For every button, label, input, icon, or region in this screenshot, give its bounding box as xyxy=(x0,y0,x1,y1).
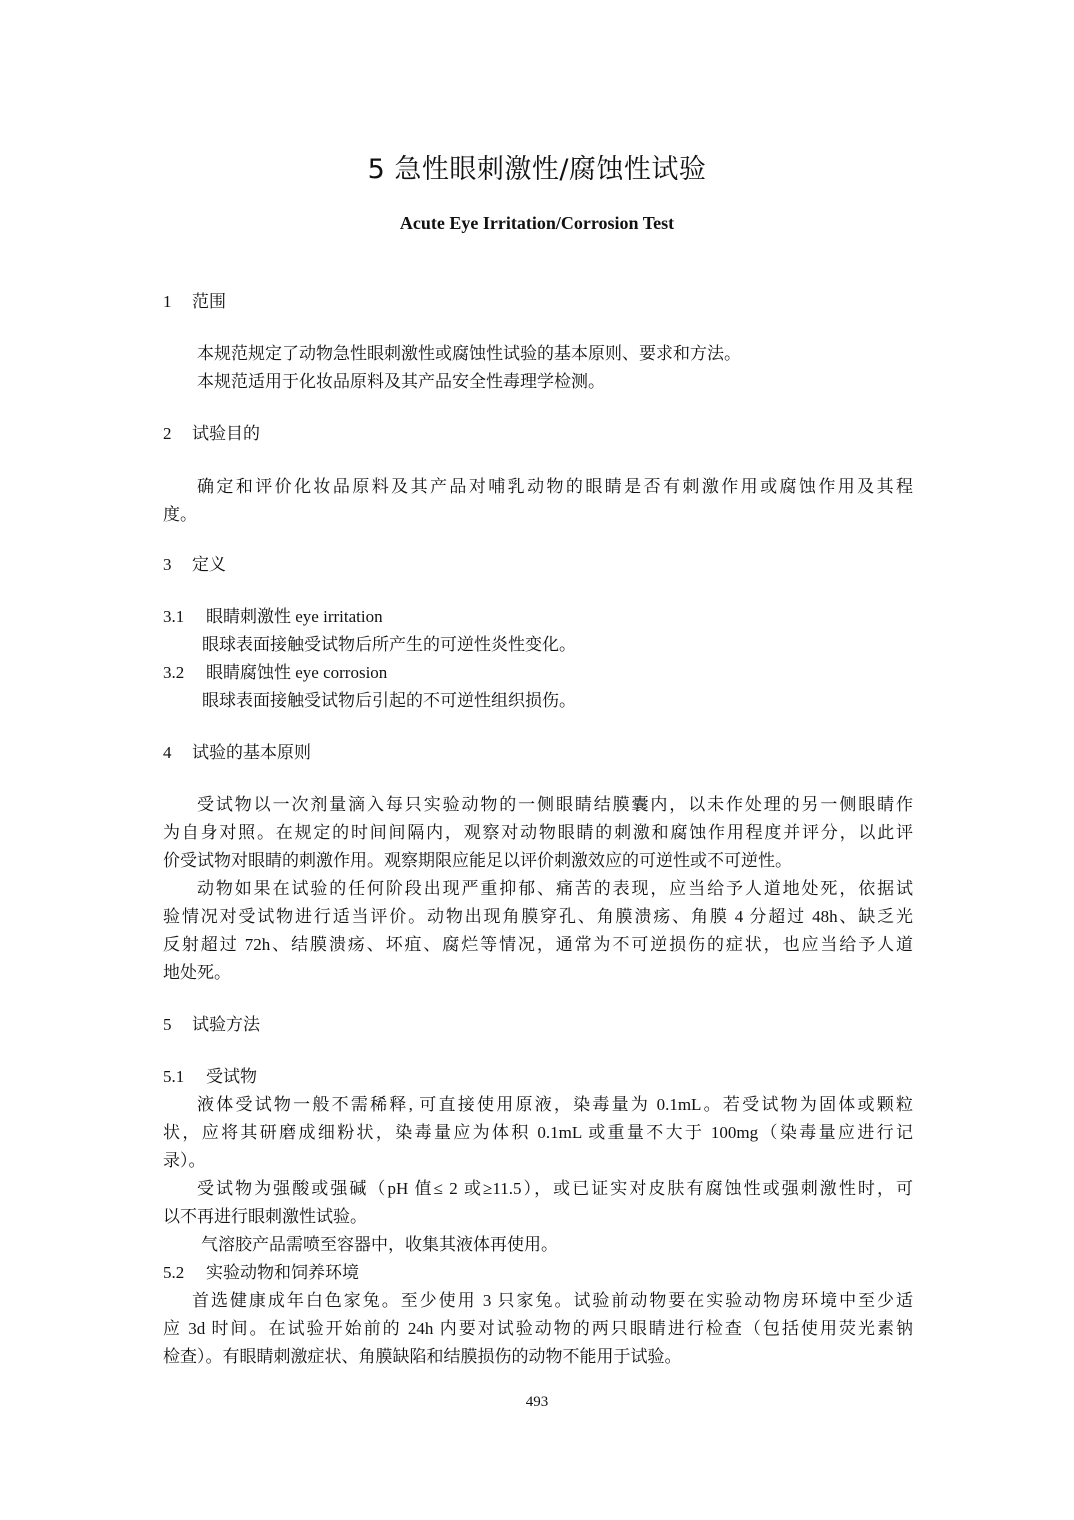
page-subtitle: Acute Eye Irritation/Corrosion Test xyxy=(0,210,1074,236)
subsection-heading-animals: 5.2实验动物和饲养环境 xyxy=(163,1259,913,1287)
paragraph-line: 度。 xyxy=(163,501,913,529)
paragraph-line: 确定和评价化妆品原料及其产品对哺乳动物的眼睛是否有刺激作用或腐蚀作用及其程 xyxy=(163,473,913,501)
paragraph-line: 为自身对照。在规定的时间间隔内，观察对动物眼睛的刺激和腐蚀作用程度并评分，以此评 xyxy=(163,819,913,847)
paragraph-line: 检查）。有眼睛刺激症状、角膜缺陷和结膜损伤的动物不能用于试验。 xyxy=(163,1343,913,1371)
paragraph-line: 验情况对受试物进行适当评价。动物出现角膜穿孔、角膜溃疡、角膜 4 分超过 48h… xyxy=(163,903,913,931)
paragraph: 本规范适用于化妆品原料及其产品安全性毒理学检测。 xyxy=(163,368,913,396)
section-heading-definitions: 3定义 xyxy=(163,551,226,579)
paragraph-line: 价受试物对眼睛的刺激作用。观察期限应能足以评价刺激效应的可逆性或不可逆性。 xyxy=(163,847,913,875)
paragraph-line: 反射超过 72h、结膜溃疡、坏疽、腐烂等情况，通常为不可逆损伤的症状，也应当给予… xyxy=(163,931,913,959)
definition-text: 眼球表面接触受试物后所产生的可逆性炎性变化。 xyxy=(163,631,952,659)
definition-term: 3.2眼睛腐蚀性 eye corrosion xyxy=(163,659,913,687)
paragraph-line: 地处死。 xyxy=(163,959,913,987)
definition-text: 眼球表面接触受试物后引起的不可逆性组织损伤。 xyxy=(163,687,952,715)
paragraph-line: 应 3d 时间。在试验开始前的 24h 内要对试验动物的两只眼睛进行检查（包括使… xyxy=(163,1315,913,1343)
page-title: 5 急性眼刺激性/腐蚀性试验 xyxy=(0,150,1074,190)
paragraph-line: 受试物为强酸或强碱（pH 值≤ 2 或≥11.5），或已证实对皮肤有腐蚀性或强刺… xyxy=(163,1175,913,1203)
section-heading-purpose: 2试验目的 xyxy=(163,420,260,448)
subsection-heading-test-substance: 5.1受试物 xyxy=(163,1063,913,1091)
paragraph-line: 录）。 xyxy=(163,1147,913,1175)
definition-term: 3.1眼睛刺激性 eye irritation xyxy=(163,603,913,631)
document-page: 5 急性眼刺激性/腐蚀性试验 Acute Eye Irritation/Corr… xyxy=(0,0,1074,1520)
page-number: 493 xyxy=(0,1390,1074,1414)
paragraph-line: 气溶胶产品需喷至容器中，收集其液体再使用。 xyxy=(163,1231,951,1259)
section-heading-scope: 1范围 xyxy=(163,288,226,316)
paragraph-line: 首选健康成年白色家兔。至少使用 3 只家兔。试验前动物要在实验动物房环境中至少适 xyxy=(163,1287,913,1315)
paragraph-line: 状，应将其研磨成细粉状，染毒量应为体积 0.1mL 或重量不大于 100mg（染… xyxy=(163,1119,913,1147)
paragraph: 本规范规定了动物急性眼刺激性或腐蚀性试验的基本原则、要求和方法。 xyxy=(163,340,913,368)
paragraph-line: 动物如果在试验的任何阶段出现严重抑郁、痛苦的表现，应当给予人道地处死，依据试 xyxy=(163,875,913,903)
paragraph-line: 以不再进行眼刺激性试验。 xyxy=(163,1203,913,1231)
paragraph-line: 受试物以一次剂量滴入每只实验动物的一侧眼睛结膜囊内，以未作处理的另一侧眼睛作 xyxy=(163,791,913,819)
section-heading-methods: 5试验方法 xyxy=(163,1011,260,1039)
section-heading-principles: 4试验的基本原则 xyxy=(163,739,311,767)
paragraph-line: 液体受试物一般不需稀释, 可直接使用原液，染毒量为 0.1mL。若受试物为固体或… xyxy=(163,1091,913,1119)
